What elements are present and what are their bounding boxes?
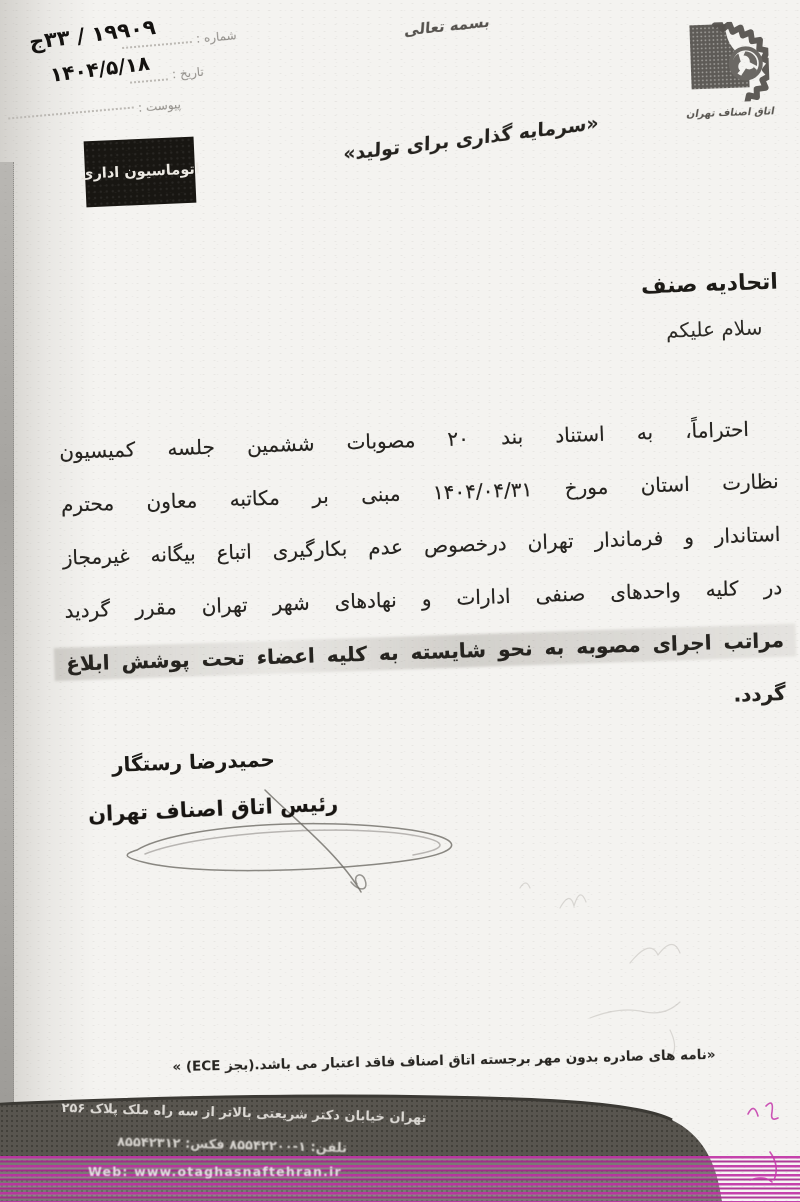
letter-number: ۱۹۹۰۹ / ۳۳ج: [5, 15, 157, 57]
date-label: تاریخ :: [171, 65, 204, 82]
letter-body: احتراماً، به استناد بند ۲۰ مصوبات ششمین …: [58, 402, 784, 691]
address-band: تهران خیابان دکتر شریعتی بالاتر از سه را…: [0, 1094, 800, 1202]
attachment-label: پیوست :: [137, 97, 181, 115]
logo-caption: اتاق اصناف تهران: [683, 106, 779, 120]
salutation: سلام علیکم: [665, 315, 762, 342]
pink-handwriting-marks: [738, 1094, 800, 1202]
dotted-leader: [8, 107, 134, 120]
automation-stamp: اتوماسیون اداری: [84, 137, 197, 208]
dotted-leader: [122, 41, 192, 49]
scan-edge-artifact: [0, 162, 14, 1102]
website-line: Web: www.otaghasnaftehran.ir: [88, 1164, 368, 1179]
bismillah-calligraphy: بسمه تعالی: [390, 13, 491, 42]
signatory-name: حمیدرضا رستگار: [112, 747, 276, 777]
chamber-logo-block: اتاق اصناف تهران: [680, 20, 777, 120]
dotted-leader: [130, 78, 168, 83]
validity-note: «نامه های صادره بدون مهر برجسته اتاق اصن…: [165, 1047, 723, 1076]
number-label: شماره :: [195, 28, 237, 45]
scanned-letter-page: شماره : ۱۹۹۰۹ / ۳۳ج تاریخ : ۱۴۰۴/۵/۱۸ پی…: [0, 0, 800, 1202]
automation-stamp-label: اتوماسیون اداری: [80, 161, 200, 182]
letter-date: ۱۴۰۴/۵/۱۸: [29, 51, 151, 89]
magenta-scan-stripes: [0, 1156, 800, 1202]
slogan-calligraphy: «سرمایه گذاری برای تولید»: [327, 110, 615, 168]
ghost-pencil-marks: [500, 868, 790, 1062]
recipient: اتحادیه صنف: [641, 270, 779, 300]
guild-chamber-logo-icon: [690, 86, 771, 108]
